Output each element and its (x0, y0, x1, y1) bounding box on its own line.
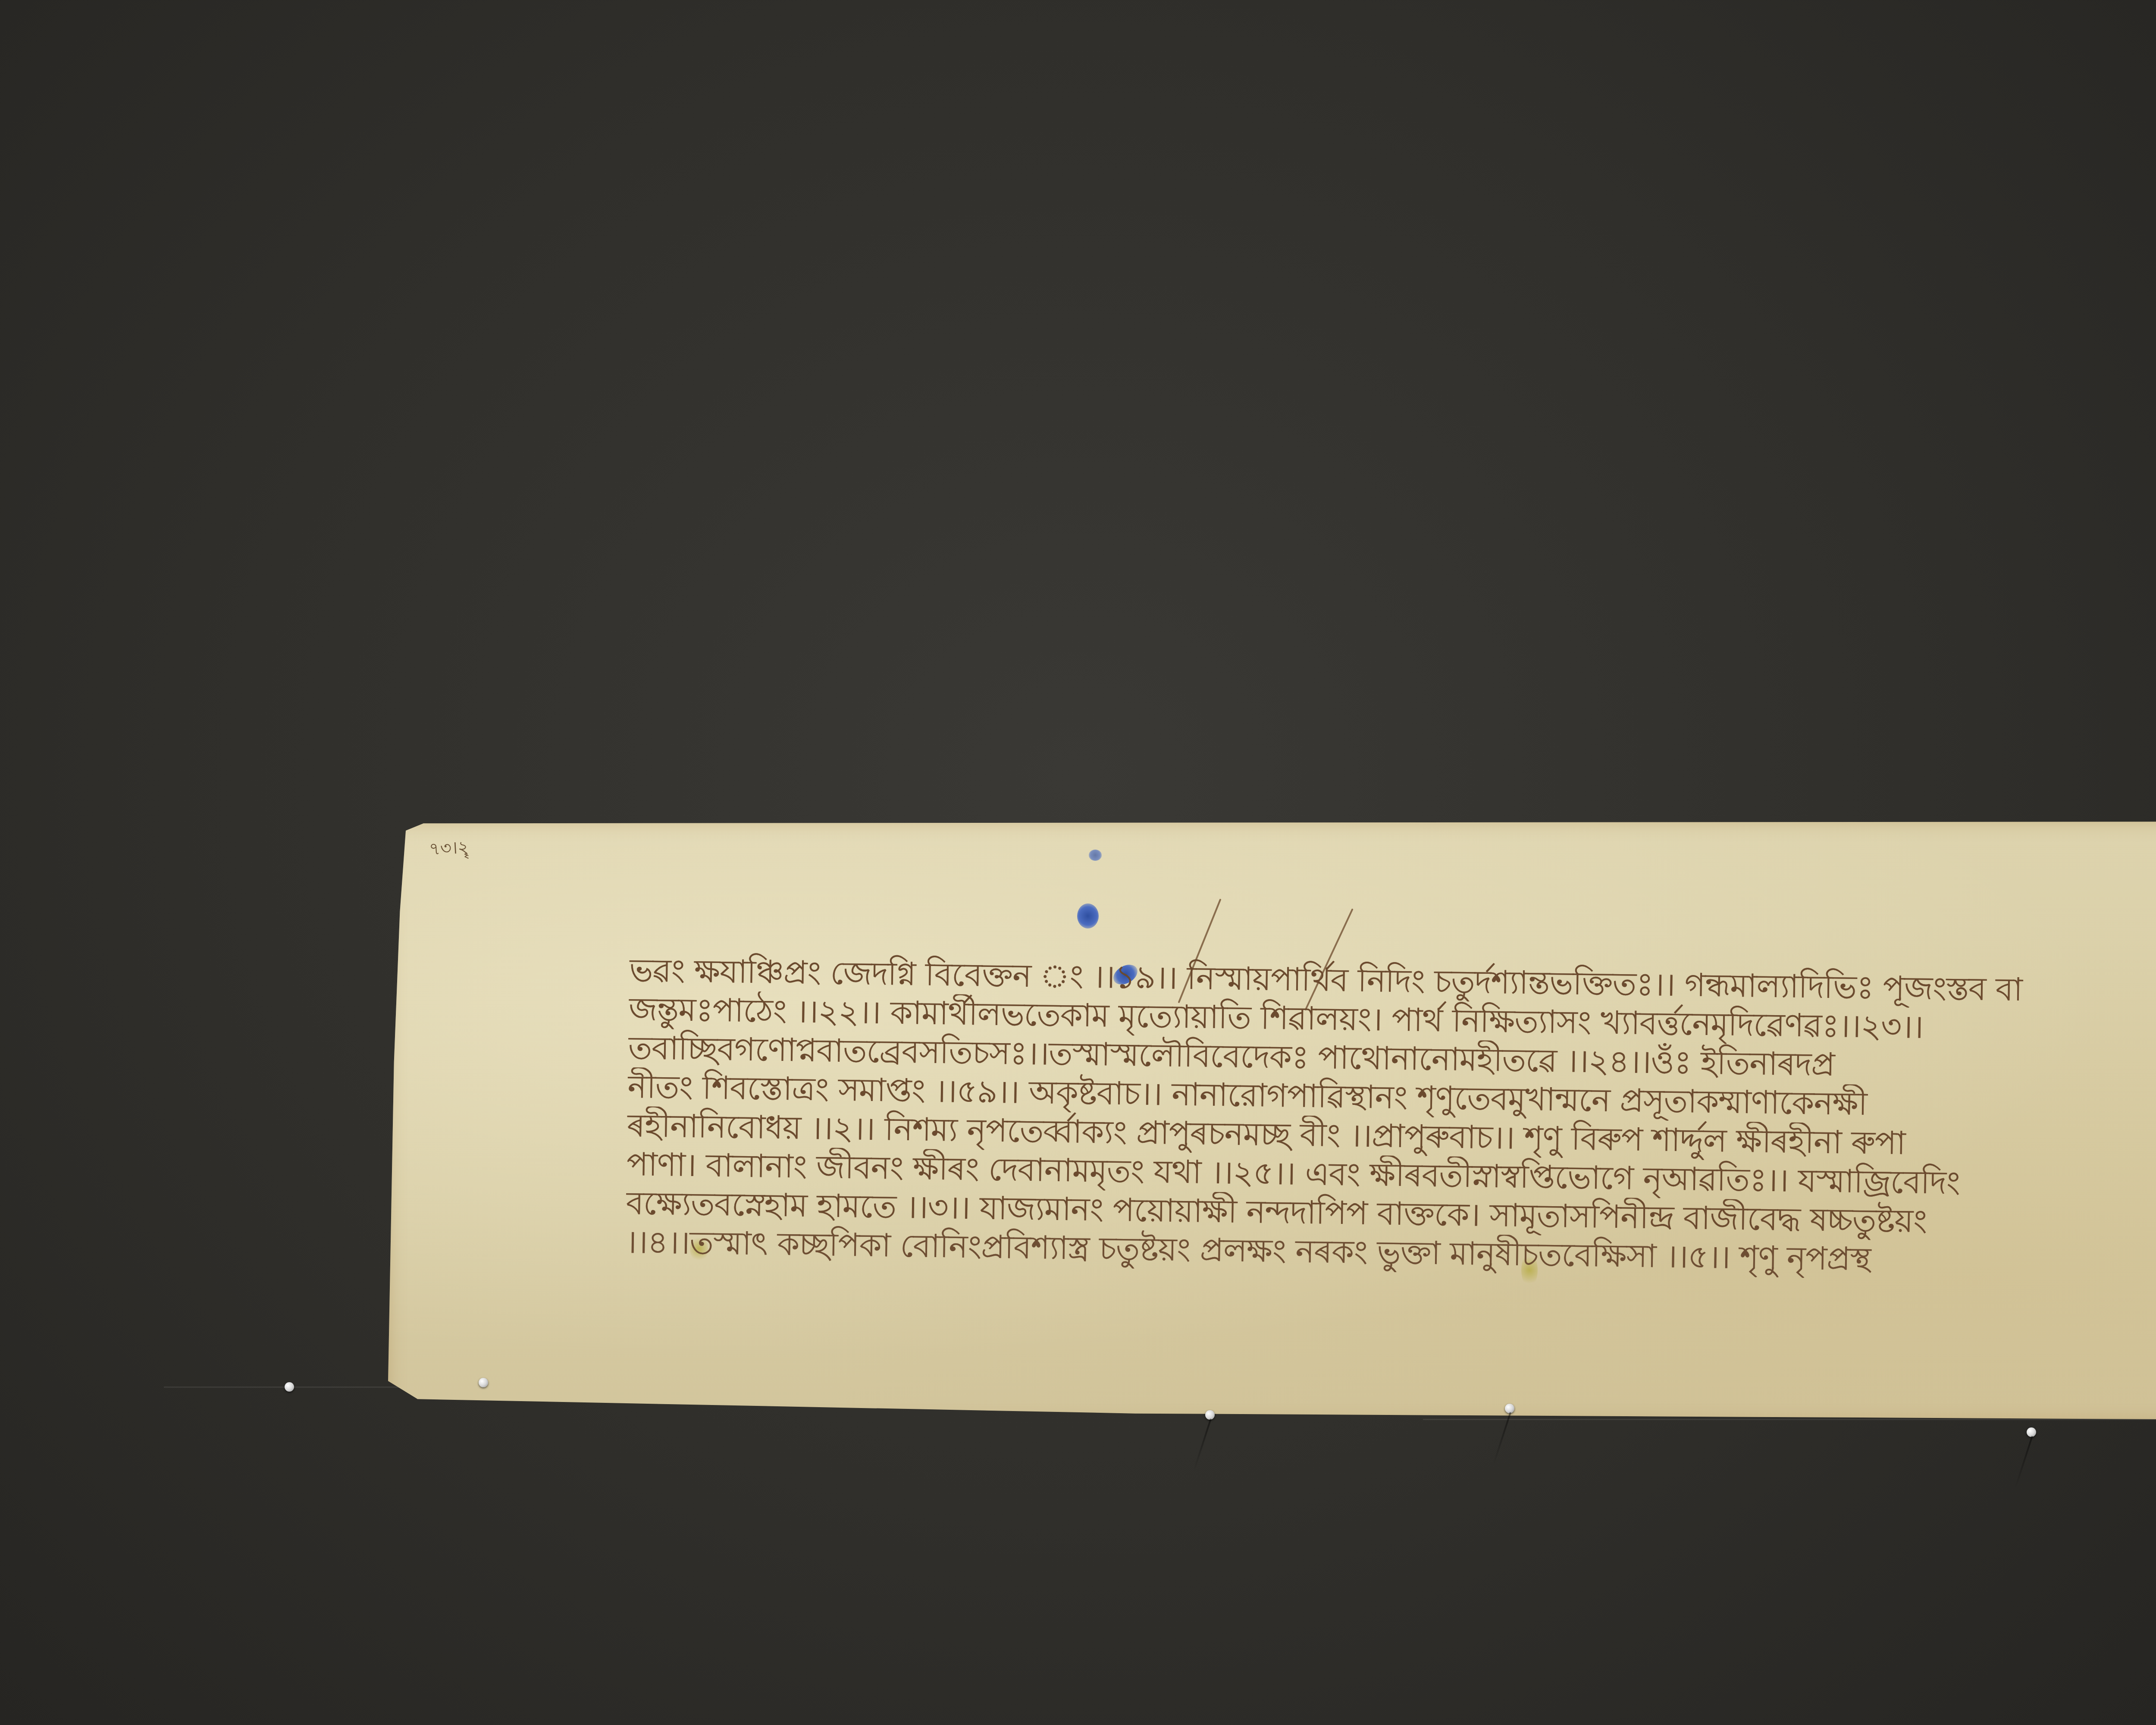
pin-shadow (2014, 1436, 2033, 1490)
blue-ink-blot (1089, 850, 1102, 861)
pin-shadow (1193, 1418, 1212, 1472)
pin-shadow (1492, 1412, 1511, 1466)
marginal-annotation-right: ১০২ কর্ম্মবি (2154, 1123, 2156, 1167)
mounting-pin (285, 1382, 294, 1392)
mounting-pin (479, 1378, 488, 1387)
folio-number-top-left: ৭৩।২ৄ (428, 834, 470, 865)
blue-ink-blot (1077, 903, 1099, 928)
board-crease-line (1423, 1419, 2156, 1420)
manuscript-folio: ৭৩।২ৄ ভৱং ক্ষযাঞ্চিপ্রং জেদগ্নি বিবেক্তন… (388, 822, 2156, 1423)
manuscript-text-block: ভৱং ক্ষযাঞ্চিপ্রং জেদগ্নি বিবেক্তন ং ।।১… (625, 951, 2156, 1283)
